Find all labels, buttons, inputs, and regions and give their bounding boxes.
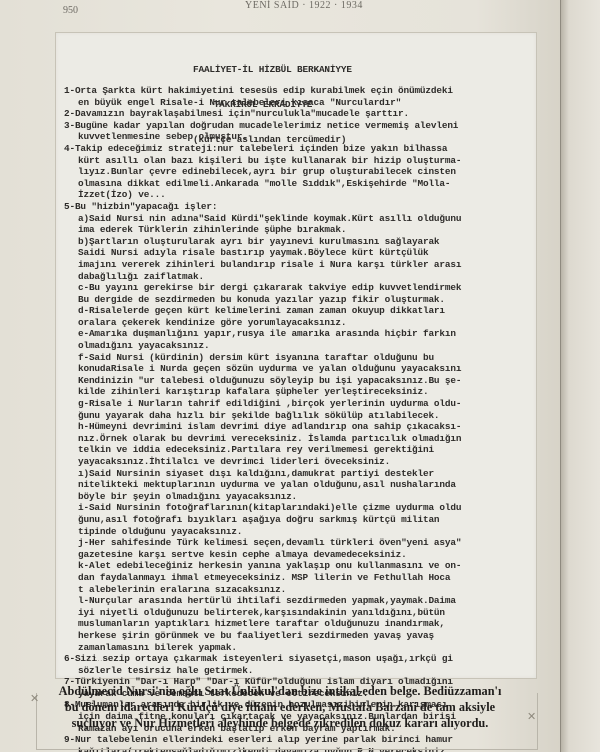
document-line: olmasına dikkat edilmeli.Ankarada "molle… — [56, 178, 536, 190]
book-page: 950 YENİ SAİD · 1922 · 1934 FAALİYET-İL … — [0, 0, 560, 752]
document-line: oralara çekerek kendinize göre yorumlaya… — [56, 317, 536, 329]
document-line: a)Said Nursi nin adına"Said Kürdi"şeklin… — [56, 213, 536, 225]
document-line: Bu dergide de sezdirmeden bu konuda yazı… — [56, 294, 536, 306]
document-line: k-Alet edebileceğiniz herkesin yanına ya… — [56, 560, 536, 572]
document-line: iyi niyetli olduğunuzu belirterek,karşıs… — [56, 607, 536, 619]
document-line: böyle bir şeyin olmadığını yayacaksınız. — [56, 491, 536, 503]
document-line: dabağlılığı zaiflatmak. — [56, 271, 536, 283]
document-line: dan faydalanmayı ihmal etmeyeceksiniz. M… — [56, 572, 536, 584]
document-line: t alebelerinin eralarına sızacaksınız. — [56, 584, 536, 596]
document-line: lıyız.Bunlar çevre edinebilecek,ayrı bir… — [56, 166, 536, 178]
document-line: e-Amarıka duşmanlığını yapır,rusya ile a… — [56, 328, 536, 340]
document-line: tipinde olduğunu yayacaksınız. — [56, 526, 536, 538]
document-line: kuvvetlenmesine sebep olmuştur. — [56, 131, 536, 143]
document-line: herkese şirin görünmek ve bu faaliyetler… — [56, 630, 536, 642]
document-line: 5-Bu "hizbin"yapacağı işler: — [56, 201, 536, 213]
document-line: b)Şartların oluşturularak ayrı bir yayın… — [56, 236, 536, 248]
document-line: kürt asıllı olan bazı kişileri bu işte k… — [56, 155, 536, 167]
caption-line: bu dönem idarecileri Kürdçü diye itham e… — [0, 699, 560, 715]
document-line: h-Hümeyni devrimini islam devrimi diye a… — [56, 421, 536, 433]
document-line: imajını vererek zihinleri bulandırıp ris… — [56, 259, 536, 271]
running-head: 950 YENİ SAİD · 1922 · 1934 — [0, 0, 560, 18]
document-line: ğunu,asıl fotoğrafı bıyıkları aşağıya do… — [56, 514, 536, 526]
document-line: c-Bu yayını gerekirse bir dergi çıkarara… — [56, 282, 536, 294]
document-line: Kendinizin "ur talebesi olduğunuzu söyle… — [56, 375, 536, 387]
document-line: olmadığını yayacaksınız. — [56, 340, 536, 352]
caption-line: Abdülmecid Nursi'nin oğlu Suat Ünlükul'd… — [0, 683, 560, 699]
page-gutter — [560, 0, 600, 752]
document-line: 1-Orta Şarkta kürt hakimiyetini tesesüs … — [56, 85, 536, 97]
document-line: Saidi Nursi adıyla risale bastırıp yayma… — [56, 247, 536, 259]
document-line: İzzet(İzo) ve... — [56, 189, 536, 201]
signature-mark: ∴.:.. — [86, 655, 103, 663]
document-line: g-Risale i Nurların tahrif edildiğini ,b… — [56, 398, 536, 410]
document-line: 4-Takip edeceğimiz strateji:nur talebele… — [56, 143, 536, 155]
document-line: konudaRisale i Nurda geçen sözün uydurma… — [56, 363, 536, 375]
document-line: 3-Bugüne kadar yapılan doğrudan mucadele… — [56, 120, 536, 132]
figure-caption: Abdülmecid Nursi'nin oğlu Suat Ünlükul'd… — [0, 683, 560, 731]
document-line: f-Said Nursi (kürdinin) dersim kürt isya… — [56, 352, 536, 364]
book-title: YENİ SAİD · 1922 · 1934 — [245, 0, 363, 11]
caption-line: suçluyor ve Nur Hizmetleri aleyhinde bel… — [0, 715, 560, 731]
document-body: 1-Orta Şarkta kürt hakimiyetini tesesüs … — [56, 85, 536, 752]
document-line: d-Risalelerde geçen kürt kelimelerini za… — [56, 305, 536, 317]
document-line: ı)Said Nursinin siyaset dışı kaldığını,d… — [56, 468, 536, 480]
document-line: ima ederek Türklerin zihinlerinde şüphe … — [56, 224, 536, 236]
document-line: yayacaksınız.İhtilalcı ve devrimci lider… — [56, 456, 536, 468]
document-line: ğunu yayarak daha hızlı bir şekilde bağl… — [56, 410, 536, 422]
document-line: telkin ve iddia edeceksiniz.Partılara re… — [56, 444, 536, 456]
document-line: sözlerle tesirsiz hale getirmek. — [56, 665, 536, 677]
page-number: 950 — [63, 5, 78, 16]
document-scan: FAALİYET-İL HİZBÜL BERKANİYYE TAKRİRÜL E… — [55, 32, 537, 679]
document-line: 6-Sizi sezip ortaya çıkarmak isteyenleri… — [56, 653, 536, 665]
document-line: 2-Davamızın bayraklaşabilmesi için"nurcu… — [56, 108, 536, 120]
document-line: j-Her sahifesinde Türk kelimesi seçen,de… — [56, 537, 536, 549]
document-line: gazetesine karşı sertve kesin cephe alma… — [56, 549, 536, 561]
document-line: muslumanların yaptıkları hizmetlere tara… — [56, 618, 536, 630]
document-line: l-Nurçular arasında hertürlü ihtilafi se… — [56, 595, 536, 607]
document-title-line: FAALİYET-İL HİZBÜL BERKANİYYE — [193, 64, 333, 76]
document-line: zamanlamasını bilerek yapmak. — [56, 642, 536, 654]
document-line: nız.Örnek olarak bu devrimi vereceksiniz… — [56, 433, 536, 445]
document-line: kilde zihinleri karıştırıp kafalara şüph… — [56, 386, 536, 398]
document-line: en büyük engel Risale-i Nur talebeleri k… — [56, 97, 536, 109]
document-line: nitelikteki mektuplarının uydurma ve yal… — [56, 479, 536, 491]
document-line: i-Said Nursinin fotoğraflarının(kitaplar… — [56, 502, 536, 514]
